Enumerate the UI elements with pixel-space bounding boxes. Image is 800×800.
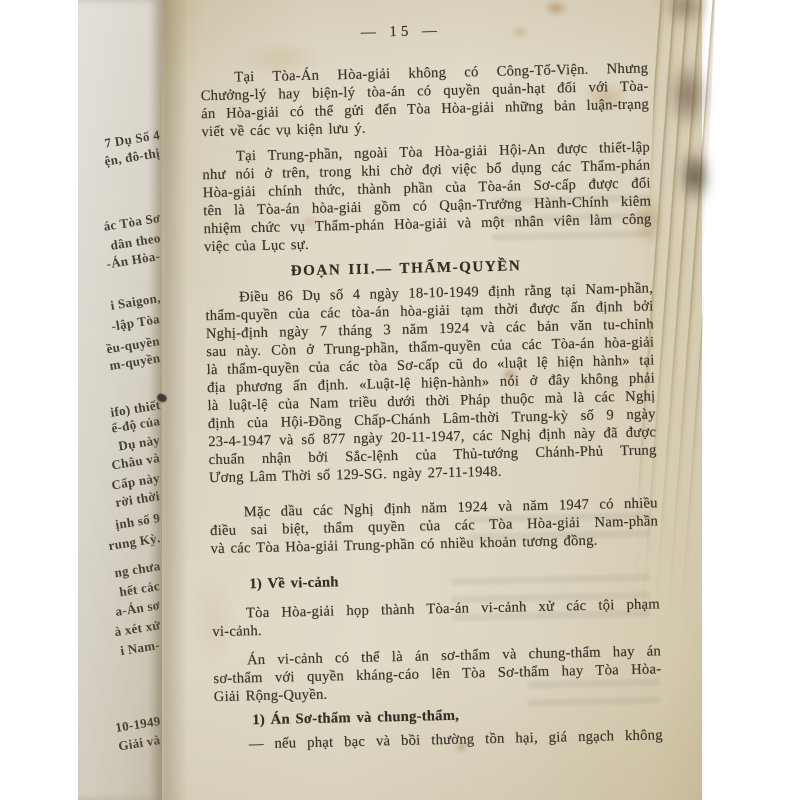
list-item-heading: 1) Án Sơ-thẩm và chung-thẩm, <box>214 702 662 730</box>
gutter-shadow <box>148 0 188 800</box>
background-shadow <box>680 148 710 204</box>
section-heading: ĐOẠN III.— THẨM-QUYỀN <box>204 255 607 282</box>
subsection-heading: 1) Về vi-cảnh <box>211 566 659 594</box>
paragraph: Tại Trung-phần, ngoài Tòa Hòa-giải Hội-A… <box>202 138 652 256</box>
paragraph: Điều 86 Dụ số 4 ngày 18-10-1949 định rằn… <box>205 279 657 487</box>
background-shadow <box>668 60 708 130</box>
paragraph: Mặc dầu các Nghị định năm 1924 và năm 19… <box>210 494 659 558</box>
book-photo: 7 Dụ Số 4 ện, đô-thị ác Tòa Sơ dân theo … <box>0 0 800 800</box>
page-number: — 15 — <box>199 18 602 45</box>
paragraph: Tại Tòa-Án Hòa-giải không có Công-Tố-Việ… <box>200 59 649 141</box>
paragraph: Tòa Hòa-giải họp thành Tòa-án vi-cảnh xử… <box>212 595 661 641</box>
page-content: — 15 — Tại Tòa-Án Hòa-giải không có Công… <box>199 0 663 754</box>
paragraph: Án vi-cảnh có thể là án sơ-thẩm và chung… <box>213 642 662 706</box>
